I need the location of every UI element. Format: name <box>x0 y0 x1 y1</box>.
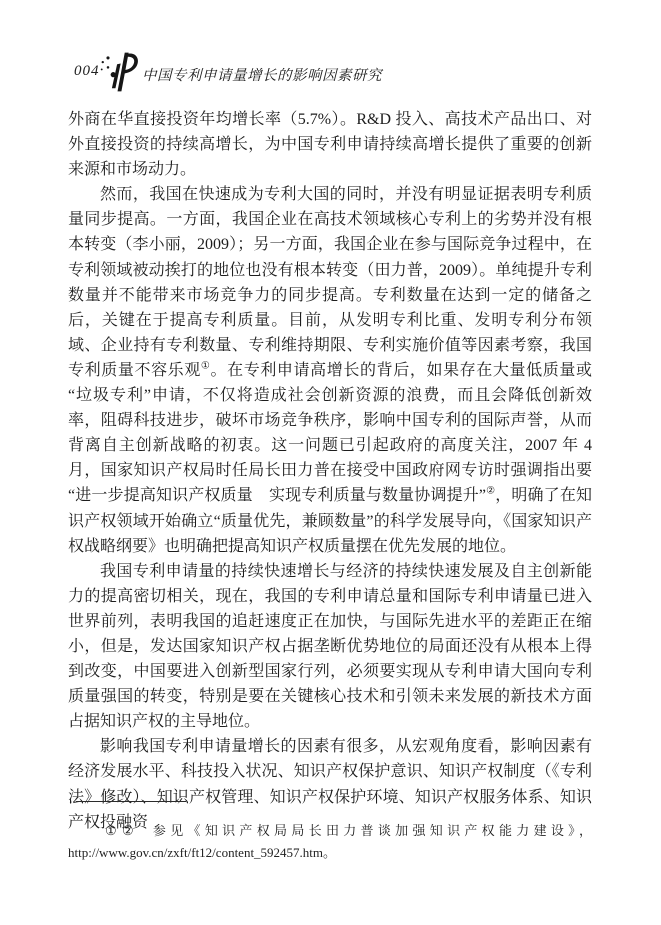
body-paragraphs: 外商在华直接投资年均增长率（5.7%）。R&D 投入、高技术产品出口、对外直接投… <box>68 107 592 835</box>
footnote-text: 参见《知识产权局局长田力普谈加强知识产权能力建设》，http://www.gov… <box>68 823 592 860</box>
running-title: 中国专利申请量增长的影响因素研究 <box>142 64 382 85</box>
paragraph-text: 。在专利申请高增长的背后，如果存在大量低质量或“垃圾专利”申请，不仅将造成社会创… <box>68 362 592 504</box>
page-number: 004 <box>74 63 100 80</box>
publisher-ip-logo-icon <box>98 49 140 93</box>
paragraph-text: 影响我国专利申请量增长的因素有很多，从宏观角度看，影响因素有经济发展水平、科技投… <box>68 738 592 830</box>
footnote-ref-superscript: ② <box>486 486 495 497</box>
paragraph: 我国专利申请量的持续快速增长与经济的持续快速发展及自主创新能力的提高密切相关，现… <box>68 559 592 735</box>
paragraph: 然而，我国在快速成为专利大国的同时，并没有明显证据表明专利质量同步提高。一方面，… <box>68 182 592 558</box>
footnote-marker: ①② <box>105 823 139 838</box>
paragraph-text: 我国专利申请量的持续快速增长与经济的持续快速发展及自主创新能力的提高密切相关，现… <box>68 563 592 731</box>
paragraph-text: 外商在华直接投资年均增长率（5.7%）。R&D 投入、高技术产品出口、对外直接投… <box>68 111 592 178</box>
footnote: ①②参见《知识产权局局长田力普谈加强知识产权能力建设》，http://www.g… <box>68 820 592 863</box>
paragraph-text: 然而，我国在快速成为专利大国的同时，并没有明显证据表明专利质量同步提高。一方面，… <box>68 186 592 379</box>
footnote-divider <box>76 801 186 802</box>
book-page: 004 中国专利申请量增长的影响因素研究 外商在华直接投资年均增长率（5.7%）… <box>0 0 661 925</box>
paragraph: 外商在华直接投资年均增长率（5.7%）。R&D 投入、高技术产品出口、对外直接投… <box>68 107 592 182</box>
